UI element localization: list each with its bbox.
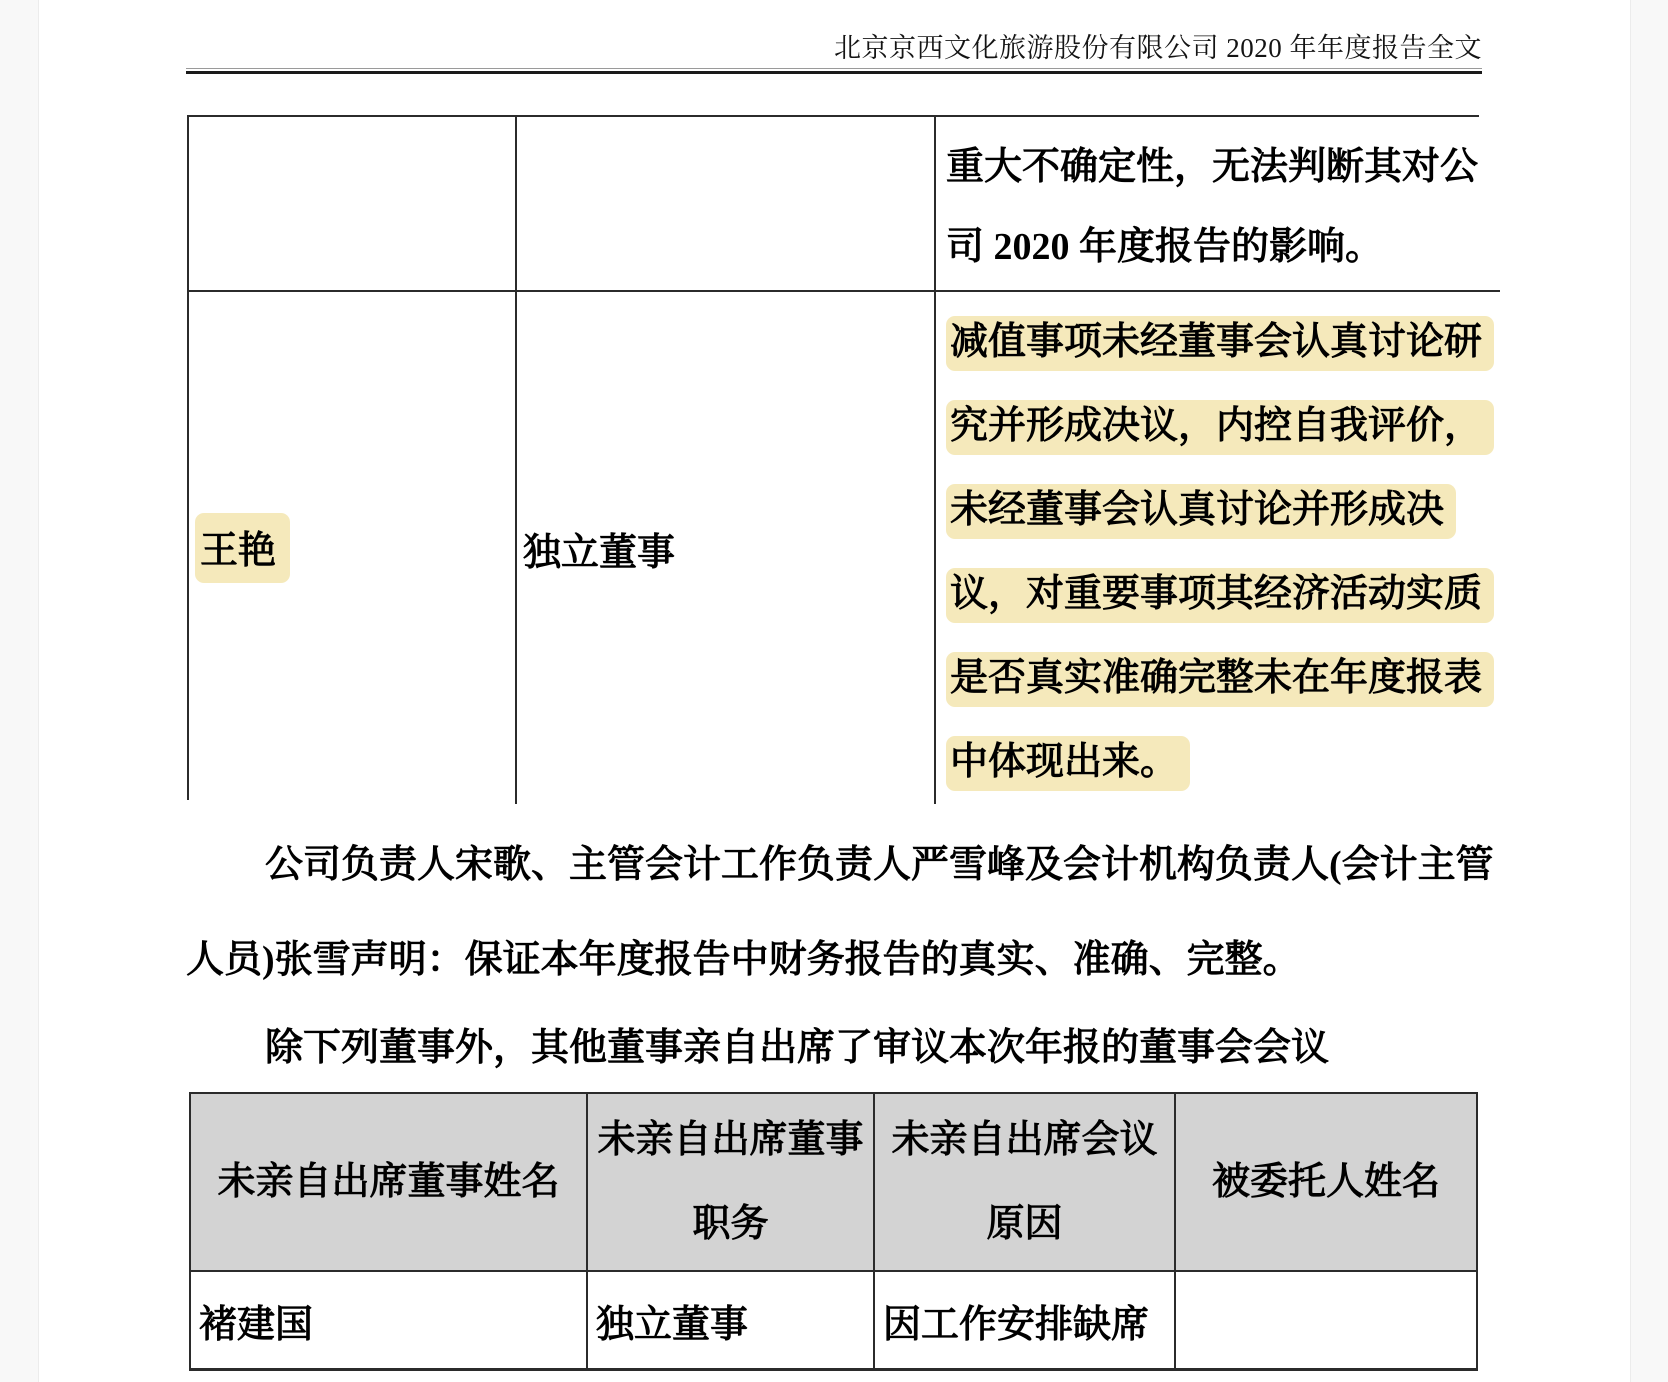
cell-absence-reason: 因工作安排缺席 bbox=[875, 1272, 1176, 1368]
page-gutter-left bbox=[0, 0, 39, 1382]
cell-director-position bbox=[517, 117, 936, 292]
attendance-note-line: 除下列董事外，其他董事亲自出席了审议本次年报的董事会会议 bbox=[186, 1001, 1496, 1096]
header-line: 被委托人姓名 bbox=[1176, 1140, 1476, 1224]
director-name-highlighted: 王艳 bbox=[195, 513, 290, 583]
responsibility-statement: 公司负责人宋歌、主管会计工作负责人严雪峰及会计机构负责人(会计主管 人员)张雪声… bbox=[186, 818, 1496, 1008]
statement-line: 人员)张雪声明：保证本年度报告中财务报告的真实、准确、完整。 bbox=[186, 913, 1496, 1008]
statement-line: 公司负责人宋歌、主管会计工作负责人严雪峰及会计机构负责人(会计主管 bbox=[186, 818, 1496, 913]
cell-delegate-name bbox=[1176, 1272, 1476, 1368]
header-line: 未亲自出席董事姓名 bbox=[191, 1140, 586, 1224]
director-opinion-table: 重大不确定性，无法判断其对公 司 2020 年度报告的影响。 王艳 独立董事 减… bbox=[187, 115, 1479, 800]
opinion-line: 减值事项未经董事会认真讨论研 bbox=[946, 300, 1494, 384]
header-line: 原因 bbox=[875, 1182, 1174, 1266]
opinion-line: 议，对重要事项其经济活动实质 bbox=[946, 552, 1494, 636]
cell-director-name: 王艳 bbox=[189, 292, 517, 804]
opinion-line: 究并形成决议，内控自我评价， bbox=[946, 384, 1494, 468]
absent-director-position: 独立董事 bbox=[596, 1293, 748, 1348]
document-page: { "header": { "title": "北京京西文化旅游股份有限公司 2… bbox=[0, 0, 1668, 1382]
header-divider-rule bbox=[186, 68, 1482, 74]
column-header-delegate-name: 被委托人姓名 bbox=[1176, 1094, 1476, 1272]
director-position: 独立董事 bbox=[523, 521, 675, 576]
cell-opinion: 重大不确定性，无法判断其对公 司 2020 年度报告的影响。 bbox=[936, 117, 1500, 292]
header-line: 未亲自出席会议 bbox=[875, 1098, 1174, 1182]
opinion-line: 司 2020 年度报告的影响。 bbox=[946, 207, 1494, 287]
opinion-line: 中体现出来。 bbox=[946, 720, 1494, 804]
header-line: 未亲自出席董事 bbox=[588, 1098, 873, 1182]
opinion-line: 重大不确定性，无法判断其对公 bbox=[946, 127, 1494, 207]
column-header-absent-name: 未亲自出席董事姓名 bbox=[191, 1094, 588, 1272]
cell-absent-position: 独立董事 bbox=[588, 1272, 875, 1368]
cell-absent-name: 褚建国 bbox=[191, 1272, 588, 1368]
attendance-note: 除下列董事外，其他董事亲自出席了审议本次年报的董事会会议 bbox=[186, 1001, 1496, 1096]
absence-reason: 因工作安排缺席 bbox=[883, 1293, 1149, 1348]
absent-directors-table: 未亲自出席董事姓名 未亲自出席董事 职务 未亲自出席会议 原因 被委托人姓名 褚… bbox=[189, 1092, 1478, 1371]
column-header-absence-reason: 未亲自出席会议 原因 bbox=[875, 1094, 1176, 1272]
cell-opinion: 减值事项未经董事会认真讨论研 究并形成决议，内控自我评价， 未经董事会认真讨论并… bbox=[936, 292, 1500, 804]
page-gutter-right bbox=[1630, 0, 1668, 1382]
column-header-absent-position: 未亲自出席董事 职务 bbox=[588, 1094, 875, 1272]
absent-director-name: 褚建国 bbox=[199, 1293, 313, 1348]
header-line: 职务 bbox=[588, 1182, 873, 1266]
report-header-title: 北京京西文化旅游股份有限公司 2020 年年度报告全文 bbox=[834, 33, 1482, 63]
cell-director-name bbox=[189, 117, 517, 292]
opinion-line: 未经董事会认真讨论并形成决 bbox=[946, 468, 1494, 552]
opinion-line: 是否真实准确完整未在年度报表 bbox=[946, 636, 1494, 720]
cell-director-position: 独立董事 bbox=[517, 292, 936, 804]
